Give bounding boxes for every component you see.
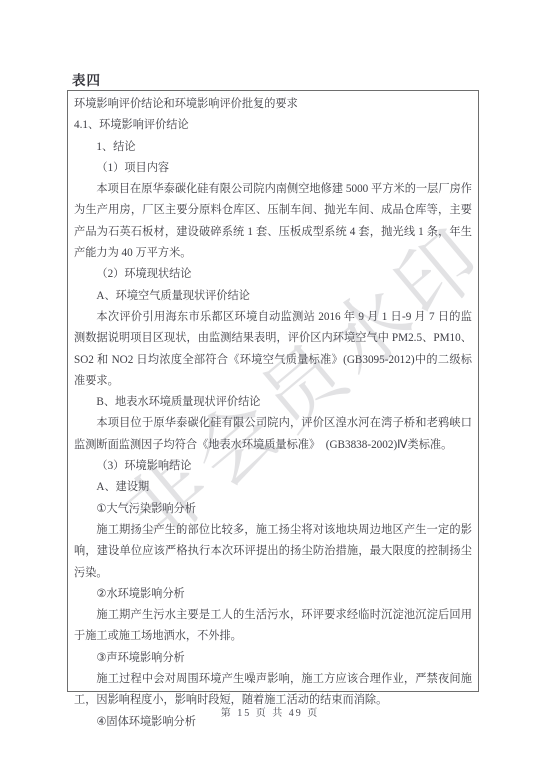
table-paragraph: 施工期扬尘产生的部位比较多，施工扬尘将对该地块周边地区产生一定的影响，建设单位应… [74, 520, 472, 584]
table-paragraph: 施工期产生污水主要是工人的生活污水，环评要求经临时沉淀池沉淀后回用于施工或施工场… [74, 605, 472, 648]
table-paragraph: （3）环境影响结论 [74, 456, 472, 477]
table-paragraph: 本次评价引用海东市乐都区环境自动监测站 2016 年 9 月 1 日-9 月 7… [74, 307, 472, 392]
document-page: 表四 环境影响评价结论和环境影响评价批复的要求4.1、环境影响评价结论1、结论（… [0, 0, 540, 763]
table-paragraph: ③声环境影响分析 [74, 648, 472, 669]
table-caption: 表四 [72, 69, 101, 89]
table-paragraph: A、环境空气质量现状评价结论 [74, 286, 472, 307]
table-paragraph: A、建设期 [74, 477, 472, 498]
table-paragraph: 4.1、环境影响评价结论 [74, 115, 472, 136]
table-cell: 环境影响评价结论和环境影响评价批复的要求4.1、环境影响评价结论1、结论（1）项… [68, 91, 478, 733]
table-paragraph: 本项目位于原华泰碳化硅有限公司院内，评价区湟水河在湾子桥和老鸦峡口监测断面监测因… [74, 413, 472, 456]
page-number: 第 15 页 共 49 页 [0, 704, 540, 719]
content-table: 环境影响评价结论和环境影响评价批复的要求4.1、环境影响评价结论1、结论（1）项… [67, 90, 479, 692]
table-paragraph: （2）环境现状结论 [74, 264, 472, 285]
table-paragraph: （1）项目内容 [74, 158, 472, 179]
table-paragraph: 1、结论 [74, 137, 472, 158]
table-paragraph: ②水环境影响分析 [74, 584, 472, 605]
table-paragraph: ①大气污染影响分析 [74, 499, 472, 520]
table-paragraph: 本项目在原华泰碳化硅有限公司院内南侧空地修建 5000 平方米的一层厂房作为生产… [74, 179, 472, 264]
table-paragraph: 环境影响评价结论和环境影响评价批复的要求 [74, 94, 472, 115]
table-paragraph: B、地表水环境质量现状评价结论 [74, 392, 472, 413]
